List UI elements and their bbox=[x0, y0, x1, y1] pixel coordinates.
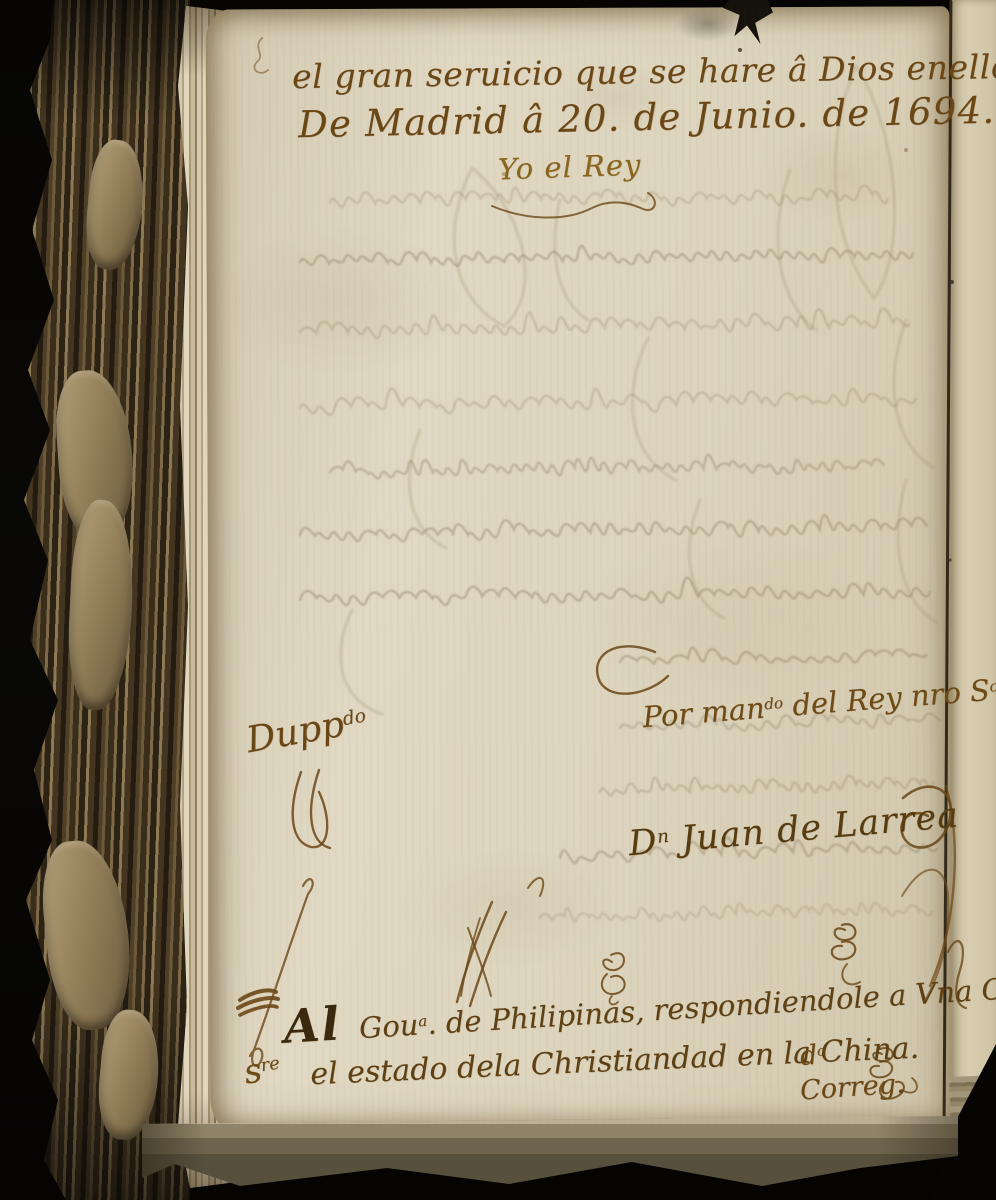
docket-text: Gou bbox=[358, 1008, 419, 1046]
correction-note-d: do bbox=[799, 1039, 827, 1072]
ink-smudge bbox=[676, 6, 740, 42]
manuscript-photo: el gran seruicio que se hare â Dios enel… bbox=[0, 0, 996, 1200]
signature-text: D bbox=[627, 822, 659, 864]
abbreviation-superscript: or bbox=[989, 676, 996, 695]
bottom-page-edges bbox=[142, 1116, 958, 1186]
abbreviation-superscript: do bbox=[341, 705, 368, 730]
docket-abbreviation: sre bbox=[241, 1047, 283, 1092]
abbreviation-superscript: do bbox=[764, 694, 784, 713]
royal-signature: Yo el Rey bbox=[497, 148, 641, 187]
docket-initial: Al bbox=[282, 995, 360, 1053]
abbreviation-superscript: re bbox=[259, 1054, 281, 1077]
abbreviation-superscript: o bbox=[816, 1043, 826, 1060]
